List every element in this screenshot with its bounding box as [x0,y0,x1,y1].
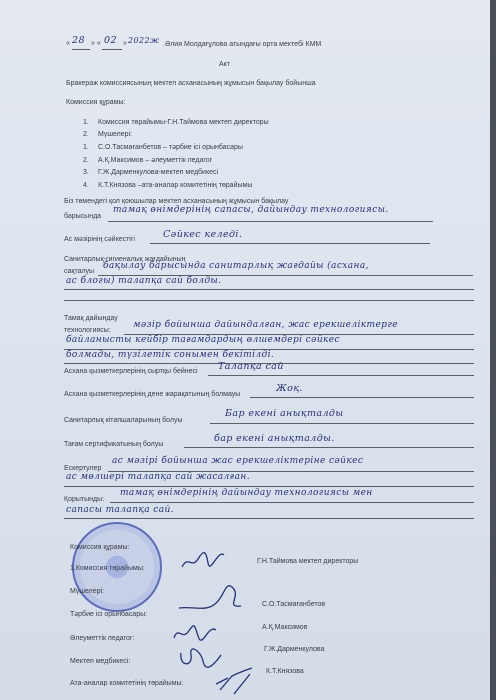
list-item: Г.Ж.Дарменкулова-мектеп медбикесі [98,169,218,176]
sanitary-label-2: сақталуы [64,268,94,275]
date-close-quote: » [123,40,127,47]
signer-name: Г.Ж.Дарменкулова [264,646,324,653]
signer-name: С.О.Тасмағанбетов [262,601,325,608]
cert-underline [184,447,474,448]
date-year: 2022ж [128,36,159,45]
signatures-heading: Комиссия құрамы: [70,544,129,551]
notes-label: Ескертулер [64,465,101,472]
books-underline [210,423,474,424]
commission-heading: Комиссия құрамы: [66,99,125,106]
injury-value: Жоқ. [276,383,303,394]
list-num: 2. [83,131,89,138]
signer-label: Ата-аналар комитетінің төрайымы: [70,680,184,687]
menu-value: Сәйкес келеді. [163,229,242,240]
signer-label: Тәрбие ісі орынбасары: [70,611,147,618]
date-month: 02 [104,35,117,46]
chair-name: Г.Н.Таймова мектеп директоры [257,558,358,565]
chair-label: 1.Комиссия төрайымы: [70,565,145,572]
during-underline [108,221,433,222]
list-num: 4. [83,182,89,189]
list-item: Комиссия төрайымы-Г.Н.Таймова мектеп дир… [98,119,269,126]
member4-signature-icon [212,664,256,700]
list-item: А.Қ.Максимов – әлеуметтік педагог [98,157,212,164]
date-sep: » « [91,40,101,47]
appearance-label: Асхана қызметкерлерінің сыртқы бейнесі [64,368,198,375]
list-item: С.О.Тасмағанбетов – тәрбие ісі орынбасар… [98,144,243,151]
menu-label: Ас мәзірінің сәйкестігі [64,236,135,243]
books-value: Бар екені анықталды [225,408,343,419]
list-num: 1. [83,144,89,151]
list-num: 2. [83,157,89,164]
signer-name: А.Қ.Максимов [262,624,307,631]
chair-signature-icon [178,545,228,575]
notes-value-2: ас мөлшері талапқа сай жасалған. [66,472,250,482]
menu-underline [150,243,430,244]
tech-value-1: мәзір бойынша дайындалған, жас ерекшелік… [133,320,398,330]
cert-value: бар екені анықталды. [214,433,335,444]
signer-label: Әлеуметтік педагог: [70,635,134,642]
tech-label-2: технологиясы: [64,327,111,334]
conclusion-underline-2 [64,518,474,519]
signer-label: Мектеп медбикесі: [70,658,130,665]
list-item: Мүшелері: [98,131,132,138]
page-edge-shadow [490,0,496,700]
date-month-underline [102,49,122,50]
notes-underline-2 [64,486,474,487]
school-name: .Әлия Молдағұлова атындағы орта мектебі … [163,41,321,48]
notes-value-1: ас мәзірі бойынша жас ерекшеліктеріне сә… [112,456,363,466]
cert-label: Тағам сертификатының болуы [64,441,163,448]
during-label: барысында [64,213,101,220]
list-num: 3. [83,169,89,176]
document-title: Акт [219,61,230,68]
tech-value-3: болмады, түзілетік сонымен бекітілді. [66,350,274,360]
members-label: Мүшелері: [70,588,104,595]
document-subtitle: Бракераж комиссиясының мектеп асханасыны… [66,80,316,87]
during-value: тамақ өнімдерінің сапасы, дайындау техно… [113,205,389,215]
member2-signature-icon [170,618,220,646]
appearance-underline [208,375,474,376]
conclusion-label: Қорытынды: [64,496,104,503]
books-label: Санитарлық кітапшаларының болуы [64,417,183,424]
sanitary-value-1: бақылау барысында санитарлық жағдайы (ас… [103,261,369,271]
tech-label-1: Тамақ дайындау [64,315,118,322]
list-item: К.Т.Князова –ата-аналар комитетінің төра… [98,182,252,189]
member1-signature-icon [175,578,245,618]
sanitary-underline-2 [64,289,474,290]
date-day-underline [72,49,90,50]
conclusion-value-1: тамақ өнімдерінің дайындау технологиясы … [120,488,373,498]
conclusion-underline-1 [110,502,474,503]
appearance-value: Талапқа сай [218,361,284,372]
conclusion-value-2: сапасы талапқа сай. [66,505,174,515]
tech-value-2: байланысты кейбір тағамдардың өлшемдері … [66,335,340,345]
intro-text: Біз төмендегі қол қоюшылар мектеп асхана… [64,198,288,205]
injury-label: Асхана қызметкерлерінің дене жарақатының… [64,391,240,398]
date-open-quote: « [66,40,70,47]
sanitary-value-2: ас блогы) талапқа сай болды. [66,276,221,286]
signer-name: К.Т.Князова [266,668,304,675]
injury-underline [250,397,474,398]
list-num: 1. [83,119,89,126]
date-day: 28 [72,35,85,46]
sanitary-underline-3 [64,300,474,301]
